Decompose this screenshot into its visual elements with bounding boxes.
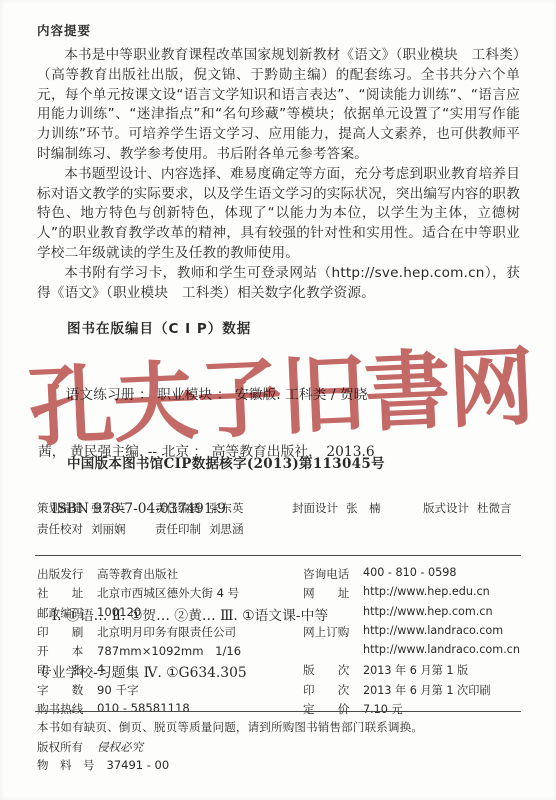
colophon-value: http://www.landraco.com <box>355 624 532 637</box>
summary-paragraph-1: 本书是中等职业教育课程改革国家规划新教材《语文》（职业模块 工科类）（高等教育出… <box>37 46 520 165</box>
colophon-value: http://www.hep.com.cn <box>355 605 532 618</box>
colophon-label: 网上订购 <box>303 624 355 640</box>
colophon-value: 100120 <box>89 605 303 619</box>
credit-planning-editor: 策划编辑张东英 <box>37 501 155 515</box>
content-summary-section: 内容提要 本书是中等职业教育课程改革国家规划新教材《语文》（职业模块 工科类）（… <box>37 21 520 303</box>
infringement-text: 侵权必究 <box>97 740 143 754</box>
summary-paragraph-3: 本书附有学习卡，教师和学生可登录网站（http://sve.hep.com.cn… <box>37 264 520 304</box>
colophon-value: 2013 年 6 月第 1 次印刷 <box>355 682 532 698</box>
colophon-value: 7.10 元 <box>355 701 532 717</box>
colophon-label: 字 数 <box>37 682 89 698</box>
credit-layout-design: 版式设计杜微言 <box>423 501 532 515</box>
publication-details: 出版发行高等教育出版社咨询电话400 - 810 - 0598 社 址北京市西城… <box>37 566 532 720</box>
credit-print-supervisor: 责任印制刘思涵 <box>155 522 292 536</box>
colophon-label: 网 址 <box>303 585 355 601</box>
credit-label: 责任校对 <box>37 522 83 536</box>
colophon-label: 印 张 <box>37 662 89 678</box>
material-number-line: 物 料 号37491 - 00 <box>37 757 169 773</box>
colophon-row: 出版发行高等教育出版社咨询电话400 - 810 - 0598 <box>37 566 532 585</box>
copyright-text: 版权所有 <box>37 740 83 754</box>
colophon-label: 版 次 <box>303 662 355 678</box>
colophon-label: 印 刷 <box>37 624 89 640</box>
credit-label: 责任印制 <box>155 522 201 536</box>
colophon-value: 北京市西城区德外大街 4 号 <box>89 585 303 601</box>
credit-label: 责任编辑 <box>155 501 201 515</box>
colophon-row: 开 本787mm×1092mm 1/16http://www.landraco.… <box>37 643 532 662</box>
credit-name: 张东英 <box>209 501 244 515</box>
colophon-label: 开 本 <box>37 643 89 659</box>
material-number-value: 37491 - 00 <box>107 758 170 772</box>
colophon-label: 出版发行 <box>37 566 89 582</box>
colophon-value: 400 - 810 - 0598 <box>355 566 532 579</box>
colophon-value: 4 <box>89 662 303 676</box>
credit-cover-design: 封面设计张 楠 <box>292 501 423 515</box>
material-number-label: 物 料 号 <box>37 758 95 772</box>
copyright-statement: 版权所有侵权必究 <box>37 739 143 755</box>
summary-paragraph-2: 本书题型设计、内容选择、难易度确定等方面，充分考虑到职业教育培养目标对语文教学的… <box>37 165 520 264</box>
colophon-value: 787mm×1092mm 1/16 <box>89 643 303 659</box>
colophon-value: 北京明月印务有限责任公司 <box>89 624 303 640</box>
credit-label: 版式设计 <box>423 501 469 515</box>
credit-responsible-editor: 责任编辑张东英 <box>155 501 292 515</box>
colophon-label: 定 价 <box>303 701 355 717</box>
content-summary-heading: 内容提要 <box>37 21 520 39</box>
colophon-row: 印 刷北京明月印务有限责任公司网上订购http://www.landraco.c… <box>37 624 532 643</box>
colophon-label: 邮政编码 <box>37 605 89 621</box>
credit-name: 杜微言 <box>477 501 512 515</box>
colophon-value: http://www.landraco.com.cn <box>355 643 532 656</box>
cip-line: 语文练习册 ： 职业模块 ： 安徽版. 工科类 / 贺晓 <box>38 386 488 405</box>
colophon-label: 社 址 <box>37 585 89 601</box>
credit-label: 策划编辑 <box>37 501 83 515</box>
credit-label: 封面设计 <box>292 501 338 515</box>
divider-top <box>35 555 521 556</box>
cip-heading: 图书在版编目（C I P）数据 <box>67 317 251 337</box>
book-copyright-page: 内容提要 本书是中等职业教育课程改革国家规划新教材《语文》（职业模块 工科类）（… <box>0 0 556 800</box>
credit-proofreader: 责任校对刘丽娴 <box>37 522 155 536</box>
colophon-label: 咨询电话 <box>303 566 355 582</box>
colophon-row: 印 张4版 次2013 年 6 月第 1 版 <box>37 662 532 681</box>
credit-name: 张东英 <box>91 501 126 515</box>
colophon-value: http://www.hep.edu.cn <box>355 585 532 598</box>
credit-name: 张 楠 <box>346 501 381 515</box>
colophon-row: 字 数90 千字印 次2013 年 6 月第 1 次印刷 <box>37 682 532 701</box>
colophon-value: 高等教育出版社 <box>89 566 303 582</box>
colophon-label: 购书热线 <box>37 701 89 717</box>
editorial-credits: 策划编辑张东英 责任编辑张东英 封面设计张 楠 版式设计杜微言 责任校对刘丽娴 … <box>37 501 532 536</box>
credit-name: 刘思涵 <box>209 522 244 536</box>
divider-bottom <box>35 711 521 712</box>
colophon-value: 010 - 58581118 <box>89 701 303 715</box>
cip-record-number: 中国版本图书馆CIP数据核字(2013)第113045号 <box>67 452 385 472</box>
colophon-row: 邮政编码100120http://www.hep.com.cn <box>37 605 532 624</box>
colophon-label: 印 次 <box>303 682 355 698</box>
colophon-value: 90 千字 <box>89 682 303 698</box>
quality-exchange-notice: 本书如有缺页、倒页、脱页等质量问题，请到所购图书销售部门联系调换。 <box>37 719 423 735</box>
colophon-value: 2013 年 6 月第 1 版 <box>355 662 532 678</box>
credit-name: 刘丽娴 <box>91 522 126 536</box>
colophon-row: 社 址北京市西城区德外大街 4 号网 址http://www.hep.edu.c… <box>37 585 532 604</box>
